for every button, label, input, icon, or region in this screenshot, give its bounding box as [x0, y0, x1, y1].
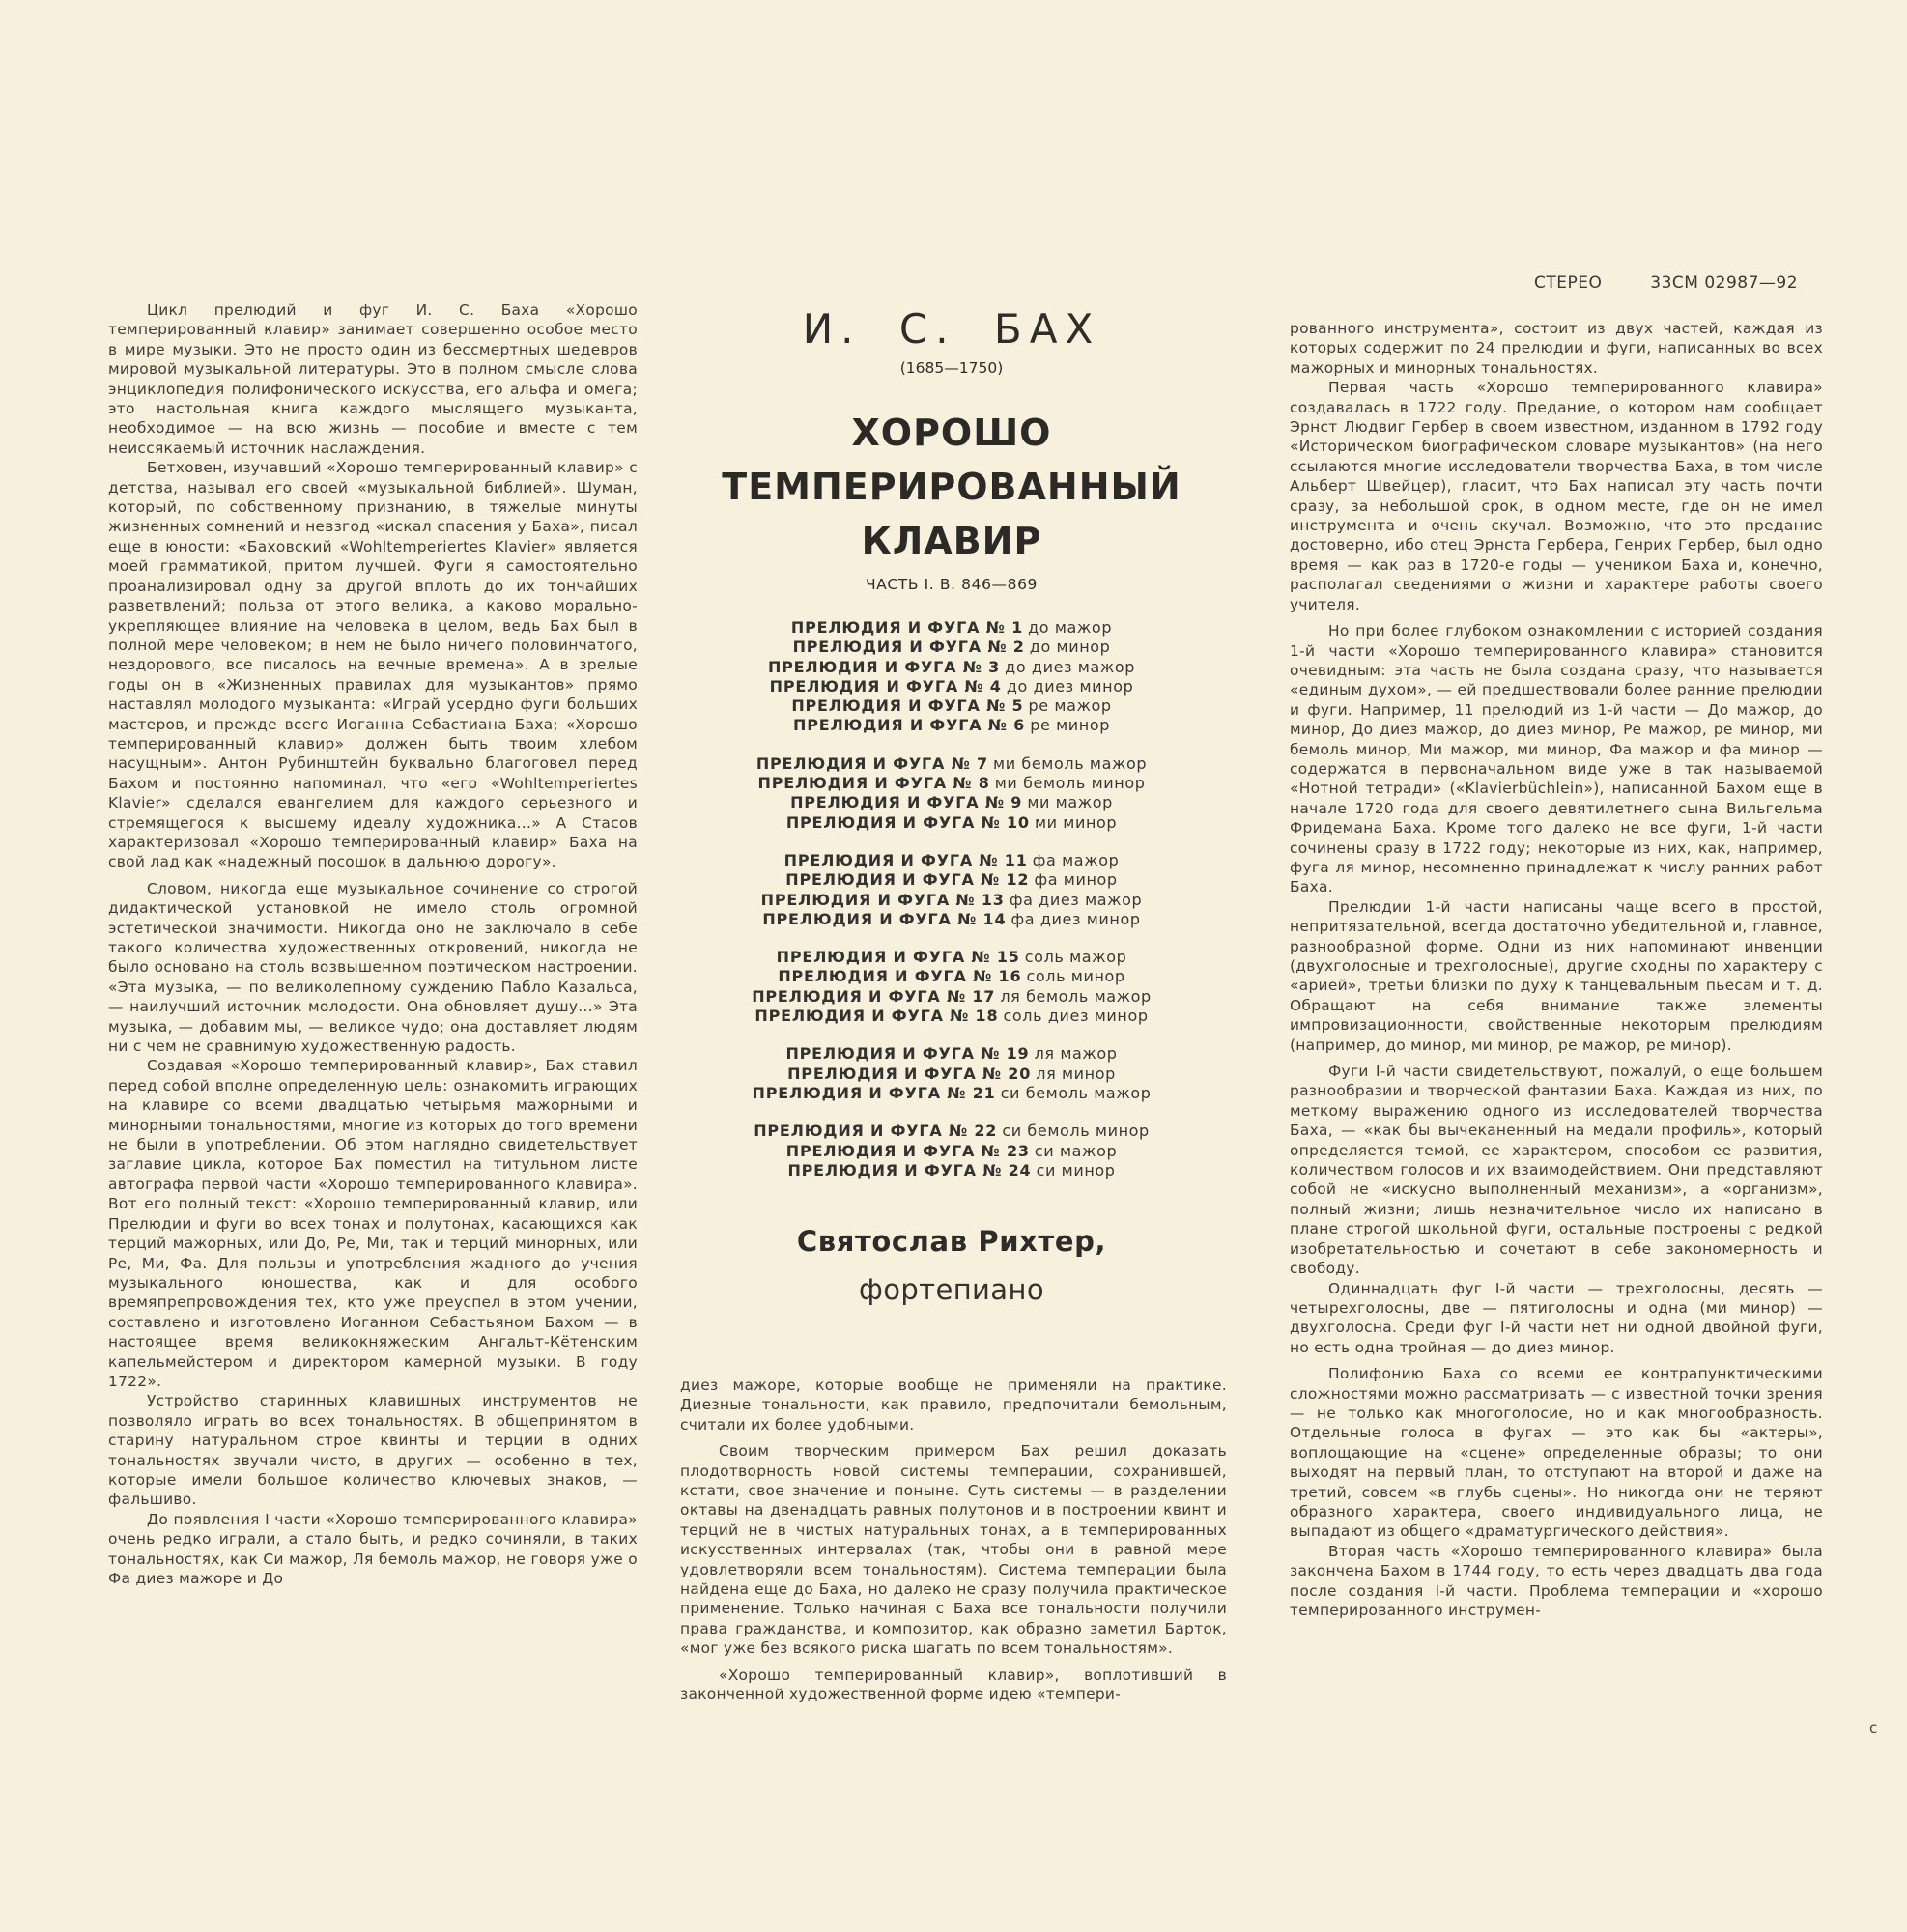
track-item: ПРЕЛЮДИЯ И ФУГА № 16 соль минор: [681, 967, 1222, 986]
track-item: ПРЕЛЮДИЯ И ФУГА № 3 до диез мажор: [681, 658, 1222, 677]
track-item: ПРЕЛЮДИЯ И ФУГА № 4 до диез минор: [681, 677, 1222, 696]
track-item: ПРЕЛЮДИЯ И ФУГА № 17 ля бемоль мажор: [681, 987, 1222, 1007]
track-key: соль мажор: [1025, 948, 1127, 966]
track-title: ПРЕЛЮДИЯ И ФУГА № 20: [787, 1065, 1031, 1083]
track-title: ПРЕЛЮДИЯ И ФУГА № 13: [761, 891, 1005, 909]
catalog-header: СТЕРЕО 33СМ 02987—92: [1534, 273, 1798, 293]
track-title: ПРЕЛЮДИЯ И ФУГА № 8: [758, 774, 990, 792]
paragraph: Прелюдии 1-й части написаны чаще всего в…: [1290, 897, 1823, 1055]
paragraph: Фуги I-й части свидетельствуют, пожалуй,…: [1290, 1062, 1823, 1278]
track-key: до диез мажор: [1005, 658, 1135, 676]
track-key: до минор: [1030, 638, 1111, 656]
track-list: ПРЕЛЮДИЯ И ФУГА № 1 до мажорПРЕЛЮДИЯ И Ф…: [681, 618, 1222, 1199]
track-title: ПРЕЛЮДИЯ И ФУГА № 4: [770, 677, 1002, 696]
track-title: ПРЕЛЮДИЯ И ФУГА № 15: [777, 948, 1020, 966]
track-title: ПРЕЛЮДИЯ И ФУГА № 18: [754, 1007, 998, 1025]
track-key: ми мажор: [1027, 793, 1113, 811]
track-key: фа минор: [1034, 870, 1117, 889]
track-item: ПРЕЛЮДИЯ И ФУГА № 14 фа диез минор: [681, 910, 1222, 929]
track-group: ПРЕЛЮДИЯ И ФУГА № 11 фа мажорПРЕЛЮДИЯ И …: [681, 851, 1222, 929]
page-mark: с: [1869, 1719, 1877, 1737]
track-key: соль диез минор: [1004, 1007, 1149, 1025]
performer-instrument: фортепиано: [681, 1273, 1222, 1306]
track-title: ПРЕЛЮДИЯ И ФУГА № 6: [793, 716, 1025, 734]
paragraph: Полифонию Баха со всеми ее контрапунктич…: [1290, 1364, 1823, 1542]
track-item: ПРЕЛЮДИЯ И ФУГА № 9 ми мажор: [681, 793, 1222, 812]
track-title: ПРЕЛЮДИЯ И ФУГА № 24: [787, 1161, 1031, 1179]
track-item: ПРЕЛЮДИЯ И ФУГА № 7 ми бемоль мажор: [681, 754, 1222, 774]
track-item: ПРЕЛЮДИЯ И ФУГА № 21 си бемоль мажор: [681, 1084, 1222, 1103]
paragraph: рованного инструмента», состоит из двух …: [1290, 319, 1823, 378]
paragraph: Но при более глубоком ознакомлении с ист…: [1290, 621, 1823, 897]
track-key: си бемоль мажор: [1001, 1084, 1152, 1102]
title-line: ТЕМПЕРИРОВАННЫЙ: [681, 460, 1222, 514]
track-item: ПРЕЛЮДИЯ И ФУГА № 12 фа минор: [681, 870, 1222, 890]
track-key: до диез минор: [1007, 677, 1134, 696]
track-key: ре мажор: [1029, 696, 1112, 715]
catalog-number: 33СМ 02987—92: [1650, 273, 1798, 293]
part-catalog: ЧАСТЬ I. В. 846—869: [681, 576, 1222, 593]
track-item: ПРЕЛЮДИЯ И ФУГА № 24 си минор: [681, 1161, 1222, 1180]
track-key: ля минор: [1036, 1065, 1116, 1083]
track-group: ПРЕЛЮДИЯ И ФУГА № 15 соль мажорПРЕЛЮДИЯ …: [681, 948, 1222, 1026]
track-group: ПРЕЛЮДИЯ И ФУГА № 1 до мажорПРЕЛЮДИЯ И Ф…: [681, 618, 1222, 736]
track-key: си минор: [1037, 1161, 1116, 1179]
paragraph: Бетховен, изучавший «Хорошо темперирован…: [108, 458, 638, 872]
track-group: ПРЕЛЮДИЯ И ФУГА № 22 си бемоль минорПРЕЛ…: [681, 1122, 1222, 1180]
paragraph: Создавая «Хорошо темперированный клавир»…: [108, 1056, 638, 1391]
track-key: фа мажор: [1033, 851, 1120, 869]
right-column-text: рованного инструмента», состоит из двух …: [1290, 319, 1823, 1620]
track-title: ПРЕЛЮДИЯ И ФУГА № 19: [785, 1044, 1029, 1063]
paragraph: Одиннадцать фуг I-й части — трехголосны,…: [1290, 1279, 1823, 1358]
paragraph: Цикл прелюдий и фуг И. С. Баха «Хорошо т…: [108, 300, 638, 458]
track-title: ПРЕЛЮДИЯ И ФУГА № 2: [793, 638, 1025, 656]
track-item: ПРЕЛЮДИЯ И ФУГА № 11 фа мажор: [681, 851, 1222, 870]
work-title: ХОРОШО ТЕМПЕРИРОВАННЫЙ КЛАВИР: [681, 406, 1222, 568]
title-line: ХОРОШО: [681, 406, 1222, 460]
track-item: ПРЕЛЮДИЯ И ФУГА № 10 ми минор: [681, 813, 1222, 833]
composer-name: И. С. БАХ: [681, 305, 1222, 353]
track-key: ля мажор: [1035, 1044, 1118, 1063]
track-key: ми бемоль минор: [995, 774, 1146, 792]
track-title: ПРЕЛЮДИЯ И ФУГА № 17: [752, 987, 995, 1006]
paragraph: Словом, никогда еще музыкальное сочинени…: [108, 879, 638, 1057]
track-key: си мажор: [1035, 1142, 1117, 1160]
track-title: ПРЕЛЮДИЯ И ФУГА № 9: [790, 793, 1022, 811]
track-title: ПРЕЛЮДИЯ И ФУГА № 22: [754, 1122, 997, 1140]
track-item: ПРЕЛЮДИЯ И ФУГА № 23 си мажор: [681, 1142, 1222, 1161]
track-title: ПРЕЛЮДИЯ И ФУГА № 23: [786, 1142, 1030, 1160]
track-item: ПРЕЛЮДИЯ И ФУГА № 5 ре мажор: [681, 696, 1222, 716]
track-title: ПРЕЛЮДИЯ И ФУГА № 1: [791, 618, 1023, 637]
track-group: ПРЕЛЮДИЯ И ФУГА № 7 ми бемоль мажорПРЕЛЮ…: [681, 754, 1222, 833]
paragraph: диез мажоре, которые вообще не применяли…: [680, 1376, 1227, 1435]
track-key: ре минор: [1030, 716, 1110, 734]
track-group: ПРЕЛЮДИЯ И ФУГА № 19 ля мажорПРЕЛЮДИЯ И …: [681, 1044, 1222, 1103]
paragraph: Устройство старинных клавишных инструмен…: [108, 1391, 638, 1509]
track-title: ПРЕЛЮДИЯ И ФУГА № 14: [762, 910, 1006, 928]
track-item: ПРЕЛЮДИЯ И ФУГА № 13 фа диез мажор: [681, 891, 1222, 910]
track-key: ми минор: [1035, 813, 1117, 832]
left-column-text: Цикл прелюдий и фуг И. С. Баха «Хорошо т…: [108, 300, 638, 1588]
track-item: ПРЕЛЮДИЯ И ФУГА № 6 ре минор: [681, 716, 1222, 735]
track-item: ПРЕЛЮДИЯ И ФУГА № 22 си бемоль минор: [681, 1122, 1222, 1141]
composer-dates: (1685—1750): [681, 359, 1222, 377]
stereo-label: СТЕРЕО: [1534, 273, 1602, 293]
track-item: ПРЕЛЮДИЯ И ФУГА № 1 до мажор: [681, 618, 1222, 638]
paragraph: Своим творческим примером Бах решил дока…: [680, 1441, 1227, 1658]
track-title: ПРЕЛЮДИЯ И ФУГА № 3: [768, 658, 1000, 676]
center-column-text: диез мажоре, которые вообще не применяли…: [680, 1376, 1227, 1705]
track-key: соль минор: [1026, 967, 1124, 985]
track-key: ми бемоль мажор: [993, 754, 1147, 773]
performer-name: Святослав Рихтер,: [681, 1225, 1222, 1258]
track-key: си бемоль минор: [1002, 1122, 1149, 1140]
paragraph: До появления I части «Хорошо темперирова…: [108, 1510, 638, 1589]
track-item: ПРЕЛЮДИЯ И ФУГА № 2 до минор: [681, 638, 1222, 657]
title-line: КЛАВИР: [681, 514, 1222, 568]
paragraph: Вторая часть «Хорошо темперированного кл…: [1290, 1542, 1823, 1621]
track-title: ПРЕЛЮДИЯ И ФУГА № 10: [786, 813, 1030, 832]
track-item: ПРЕЛЮДИЯ И ФУГА № 15 соль мажор: [681, 948, 1222, 967]
track-title: ПРЕЛЮДИЯ И ФУГА № 12: [785, 870, 1029, 889]
paragraph: «Хорошо темперированный клавир», воплоти…: [680, 1665, 1227, 1705]
track-key: фа диез минор: [1010, 910, 1140, 928]
track-key: фа диез мажор: [1010, 891, 1143, 909]
track-key: до мажор: [1028, 618, 1112, 637]
paragraph: Первая часть «Хорошо темперированного кл…: [1290, 378, 1823, 614]
track-item: ПРЕЛЮДИЯ И ФУГА № 19 ля мажор: [681, 1044, 1222, 1064]
track-title: ПРЕЛЮДИЯ И ФУГА № 21: [753, 1084, 996, 1102]
track-key: ля бемоль мажор: [1000, 987, 1151, 1006]
track-item: ПРЕЛЮДИЯ И ФУГА № 8 ми бемоль минор: [681, 774, 1222, 793]
track-item: ПРЕЛЮДИЯ И ФУГА № 18 соль диез минор: [681, 1007, 1222, 1026]
track-title: ПРЕЛЮДИЯ И ФУГА № 11: [784, 851, 1028, 869]
track-title: ПРЕЛЮДИЯ И ФУГА № 5: [791, 696, 1023, 715]
track-item: ПРЕЛЮДИЯ И ФУГА № 20 ля минор: [681, 1065, 1222, 1084]
track-title: ПРЕЛЮДИЯ И ФУГА № 16: [778, 967, 1021, 985]
track-title: ПРЕЛЮДИЯ И ФУГА № 7: [756, 754, 988, 773]
